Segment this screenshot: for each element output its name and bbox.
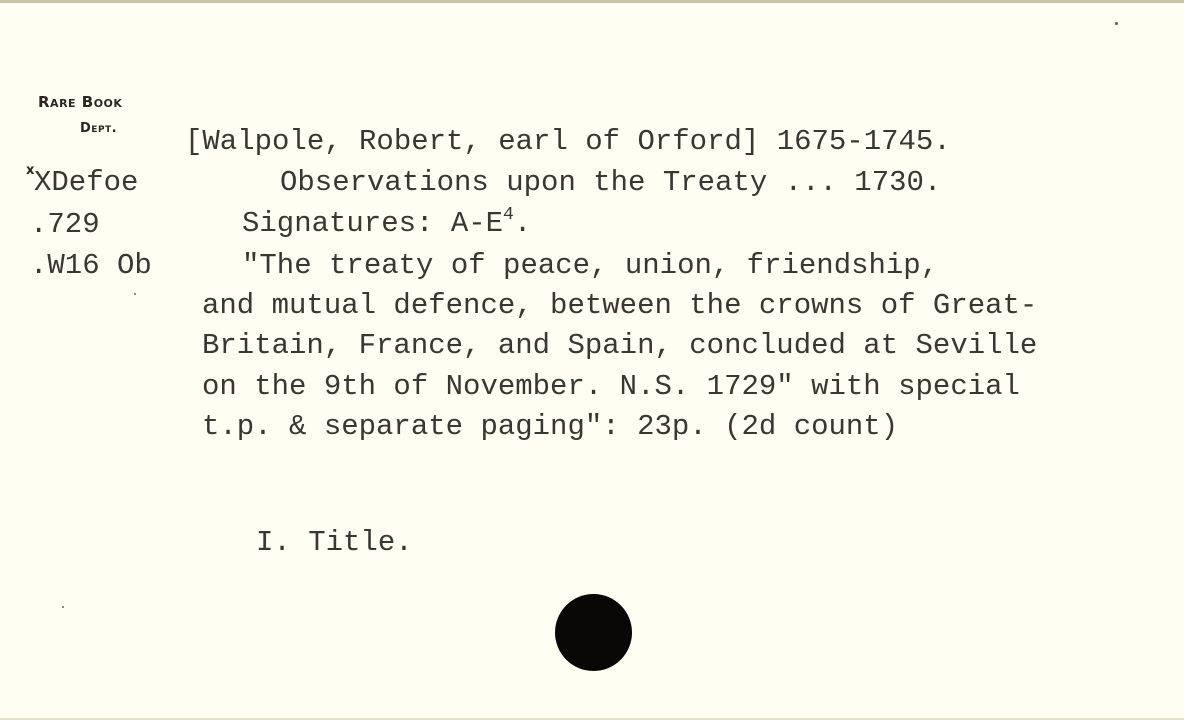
note-line-4: on the 9th of November. N.S. 1729" with … xyxy=(202,372,1020,401)
note-line-2: and mutual defence, between the crowns o… xyxy=(202,291,1037,320)
signatures-note: Signatures: A-E4. xyxy=(242,209,531,238)
tracing: I. Title. xyxy=(256,528,413,557)
call-number-line-2: .729 xyxy=(30,210,100,239)
signatures-label: Signatures: A-E xyxy=(242,207,503,240)
signatures-end: . xyxy=(514,207,531,240)
title-statement: Observations upon the Treaty ... 1730. xyxy=(280,168,941,197)
call-number-line-3: .W16 Ob xyxy=(30,251,152,280)
author-heading: [Walpole, Robert, earl of Orford] 1675-1… xyxy=(185,127,951,156)
speck xyxy=(134,293,136,295)
note-line-1: "The treaty of peace, union, friendship, xyxy=(242,251,938,280)
catalog-card: Rare Book Dept. x XDefoe .729 .W16 Ob [W… xyxy=(0,0,1184,720)
note-line-5: t.p. & separate paging": 23p. (2d count) xyxy=(202,412,898,441)
signatures-superscript: 4 xyxy=(503,205,514,225)
location-stamp-line2: Dept. xyxy=(80,121,117,136)
speck xyxy=(1115,22,1118,25)
call-number-line-1: XDefoe xyxy=(34,168,138,197)
punch-hole xyxy=(555,594,632,671)
speck xyxy=(62,606,64,608)
note-line-3: Britain, France, and Spain, concluded at… xyxy=(202,331,1037,360)
location-stamp-line1: Rare Book xyxy=(38,93,122,111)
